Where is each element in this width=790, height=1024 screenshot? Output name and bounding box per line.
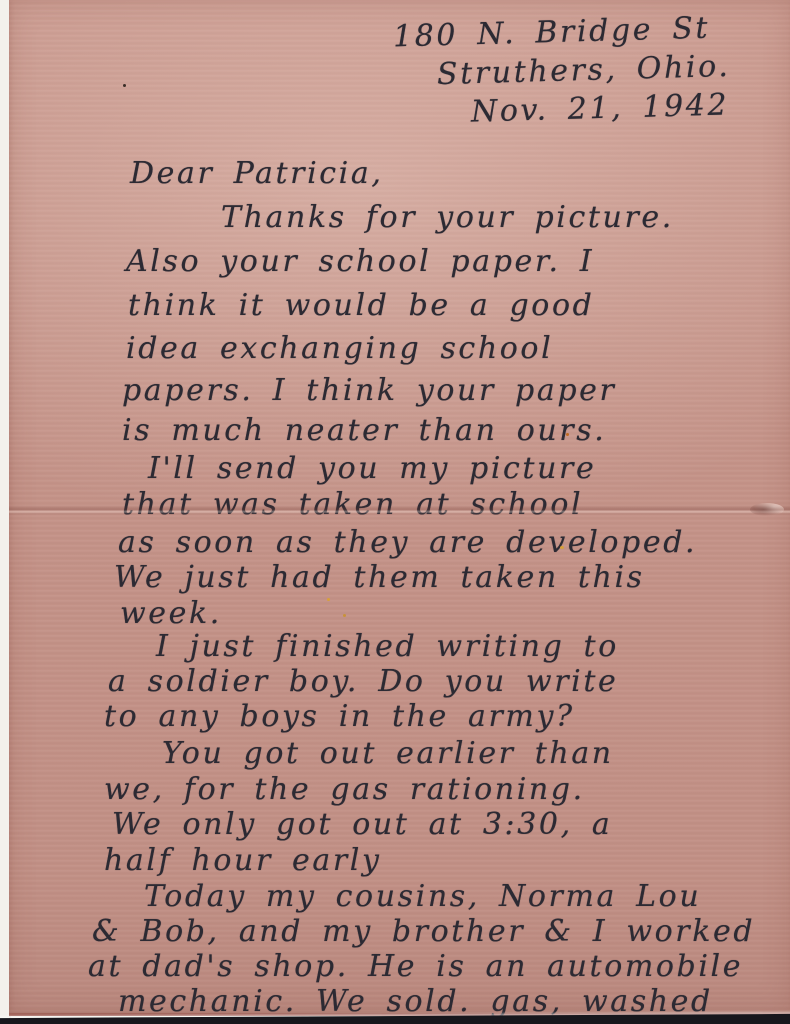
ink-speck <box>560 546 564 549</box>
letter-line: & Bob, and my brother & I worked <box>92 915 755 949</box>
letter-line: think it would be a good <box>128 289 594 323</box>
letter-line: as soon as they are developed. <box>118 526 697 560</box>
letter-line: week. <box>120 597 222 631</box>
letter-line: papers. I think your paper <box>122 374 616 408</box>
letter-line: idea exchanging school <box>126 332 553 366</box>
letter-line: We only got out at 3:30, a <box>112 808 612 842</box>
fold-crease-notch <box>750 503 784 516</box>
letter-line: You got out earlier than <box>162 737 614 771</box>
letter-line: Today my cousins, Norma Lou <box>144 880 701 914</box>
ink-speck <box>343 614 346 617</box>
letter-line: a soldier boy. Do you write <box>108 665 618 699</box>
letter-line: Thanks for your picture. <box>221 201 674 235</box>
letter-line: at dad's shop. He is an automobile <box>88 950 743 984</box>
letter-line: is much neater than ours. <box>122 414 606 448</box>
fold-crease <box>9 505 790 516</box>
salutation-line: Dear Patricia, <box>130 157 384 191</box>
letter-line: we, for the gas rationing. <box>104 773 585 807</box>
date-line: Nov. 21, 1942 <box>471 88 730 129</box>
ink-speck <box>566 433 569 436</box>
scanned-letter-image: 180 N. Bridge St Struthers, Ohio. Nov. 2… <box>0 0 790 1024</box>
address-line-1: 180 N. Bridge St <box>393 12 711 55</box>
letter-line: Also your school paper. I <box>126 245 594 279</box>
address-line-2: Struthers, Ohio. <box>437 50 731 92</box>
letter-paper: 180 N. Bridge St Struthers, Ohio. Nov. 2… <box>9 0 790 1016</box>
ink-speck <box>123 84 126 87</box>
letter-line: half hour early <box>104 844 382 878</box>
ink-speck <box>327 598 330 601</box>
letter-line: to any boys in the army? <box>104 700 575 734</box>
letter-line: I'll send you my picture <box>148 452 596 486</box>
letter-line: I just finished writing to <box>156 630 619 664</box>
letter-line: We just had them taken this <box>114 561 645 595</box>
